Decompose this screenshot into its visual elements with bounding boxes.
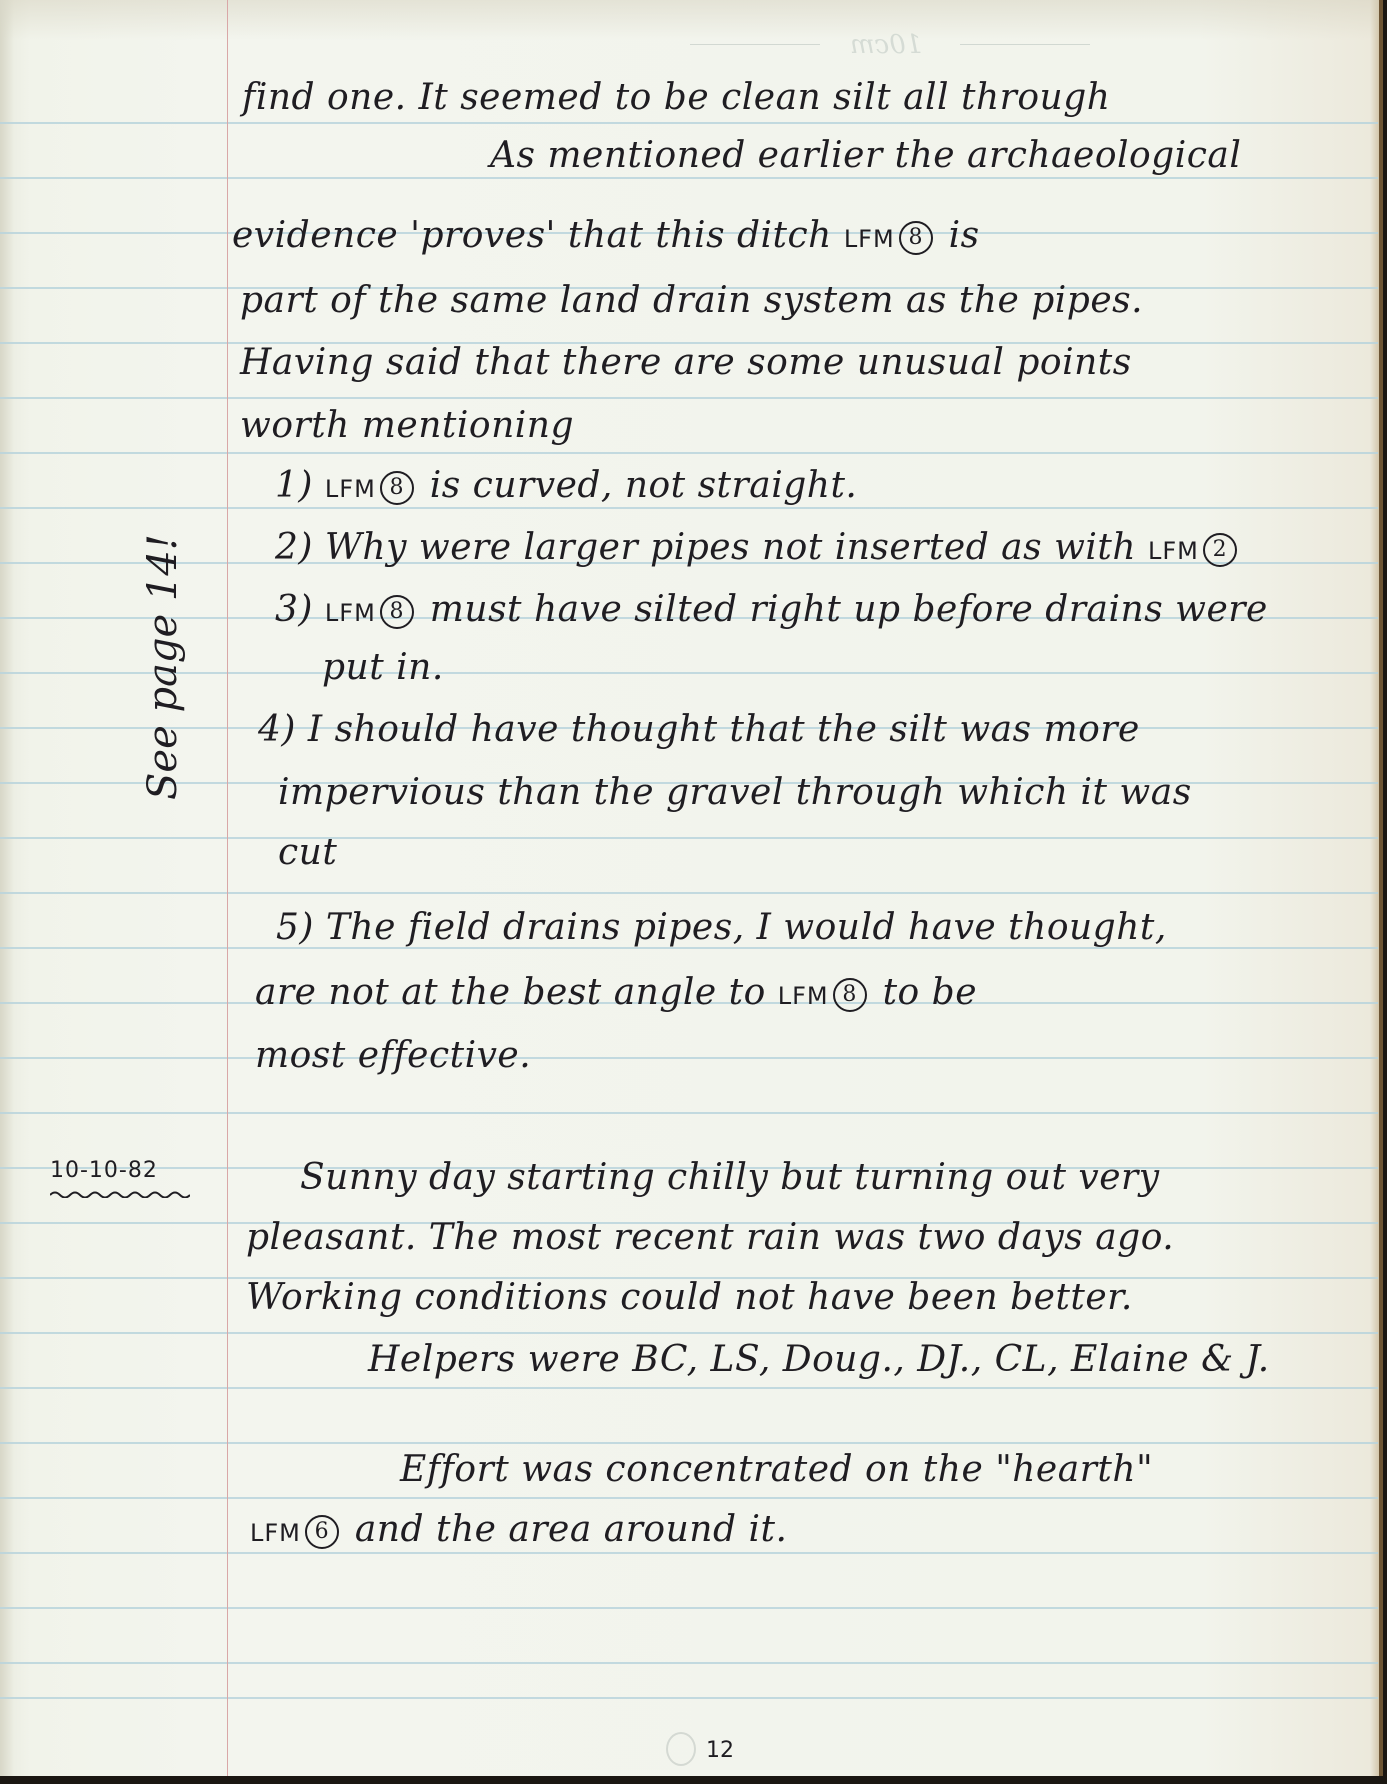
margin-note-see-page: See page 14!: [140, 534, 186, 800]
rule-line: [0, 1662, 1378, 1664]
text-line: Helpers were BC, LS, Doug., DJ., CL, Ela…: [368, 1342, 1270, 1378]
text-line: As mentioned earlier the archaeological: [490, 138, 1241, 174]
lfm-label: LFM: [844, 225, 895, 253]
bleed-through-arrow: [690, 44, 820, 45]
rule-line: [0, 177, 1378, 179]
bleed-through-arrow: [960, 44, 1090, 45]
point-text: is curved, not straight.: [430, 465, 858, 506]
page-number: 12: [706, 1738, 734, 1763]
point-4: 4) I should have thought that the silt w…: [258, 712, 1140, 748]
point-number: 5): [276, 907, 314, 948]
entry-date: 10-10-82: [50, 1158, 158, 1183]
lfm-label: LFM: [1148, 537, 1199, 565]
lfm-feature-number: 8: [899, 221, 933, 255]
rule-line: [0, 837, 1378, 839]
point-number: 4): [258, 709, 296, 750]
point-text: must have silted right up before drains …: [430, 589, 1268, 630]
point-text: The field drains pipes, I would have tho…: [326, 907, 1167, 948]
point-4-continuation: impervious than the gravel through which…: [278, 775, 1192, 811]
rule-line: [0, 1332, 1378, 1334]
text-line: Sunny day starting chilly but turning ou…: [300, 1160, 1160, 1196]
rule-line: [0, 397, 1378, 399]
point-5: 5) The field drains pipes, I would have …: [276, 910, 1167, 946]
rule-line: [0, 1057, 1378, 1059]
text-segment: to be: [883, 972, 977, 1013]
rule-line: [0, 1697, 1378, 1699]
point-text: Why were larger pipes not inserted as wi…: [325, 527, 1136, 568]
text-line: find one. It seemed to be clean silt all…: [242, 80, 1110, 116]
lfm-label: LFM: [778, 982, 829, 1010]
point-1: 1) LFM8 is curved, not straight.: [275, 468, 857, 505]
notebook-page: 10cm See page 14! find one. It seemed to…: [0, 0, 1383, 1776]
rule-line: [0, 1497, 1378, 1499]
lfm-feature-number: 8: [380, 595, 414, 629]
lfm-feature-number: 8: [380, 471, 414, 505]
rule-line: [0, 1442, 1378, 1444]
text-line: LFM6 and the area around it.: [250, 1512, 787, 1549]
text-segment: and the area around it.: [355, 1509, 788, 1550]
point-number: 3): [275, 589, 313, 630]
point-number: 1): [275, 465, 313, 506]
lfm-feature-number: 2: [1203, 533, 1237, 567]
rule-line: [0, 1552, 1378, 1554]
rule-line: [0, 892, 1378, 894]
lfm-feature-number: 6: [305, 1515, 339, 1549]
text-line: part of the same land drain system as th…: [240, 283, 1143, 319]
point-5-continuation: are not at the best angle to LFM8 to be: [255, 975, 977, 1012]
point-4-continuation: cut: [278, 835, 337, 871]
text-segment: are not at the best angle to: [255, 972, 766, 1013]
rule-line: [0, 122, 1378, 124]
point-2: 2) Why were larger pipes not inserted as…: [275, 530, 1241, 567]
rule-line: [0, 452, 1378, 454]
text-line: Working conditions could not have been b…: [246, 1280, 1133, 1316]
rule-line: [0, 1387, 1378, 1389]
page-top-shadow: [0, 0, 1379, 40]
point-3: 3) LFM8 must have silted right up before…: [275, 592, 1268, 629]
point-3-continuation: put in.: [322, 650, 444, 686]
text-line: pleasant. The most recent rain was two d…: [246, 1220, 1174, 1256]
lfm-label: LFM: [325, 475, 376, 503]
bleed-through-text: 10cm: [850, 30, 922, 60]
binding-edge: [0, 0, 14, 1776]
text-line: Effort was concentrated on the "hearth": [400, 1452, 1153, 1488]
rule-line: [0, 507, 1378, 509]
text-segment: is: [937, 215, 980, 256]
point-text: I should have thought that the silt was …: [308, 709, 1140, 750]
lfm-label: LFM: [325, 599, 376, 627]
margin-line: [227, 0, 228, 1776]
stain-mark: [666, 1732, 696, 1766]
rule-line: [0, 1607, 1378, 1609]
point-number: 2): [275, 527, 313, 568]
lfm-feature-number: 8: [833, 978, 867, 1012]
rule-line: [0, 1112, 1378, 1114]
point-5-continuation: most effective.: [255, 1038, 531, 1074]
text-line: evidence 'proves' that this ditch LFM8 i…: [232, 218, 980, 255]
text-line: worth mentioning: [240, 408, 574, 444]
date-wavy-underline: [50, 1190, 190, 1198]
rule-line: [0, 672, 1378, 674]
lfm-label: LFM: [250, 1519, 301, 1547]
text-line: Having said that there are some unusual …: [240, 345, 1132, 381]
text-segment: evidence 'proves' that this ditch: [232, 215, 844, 256]
